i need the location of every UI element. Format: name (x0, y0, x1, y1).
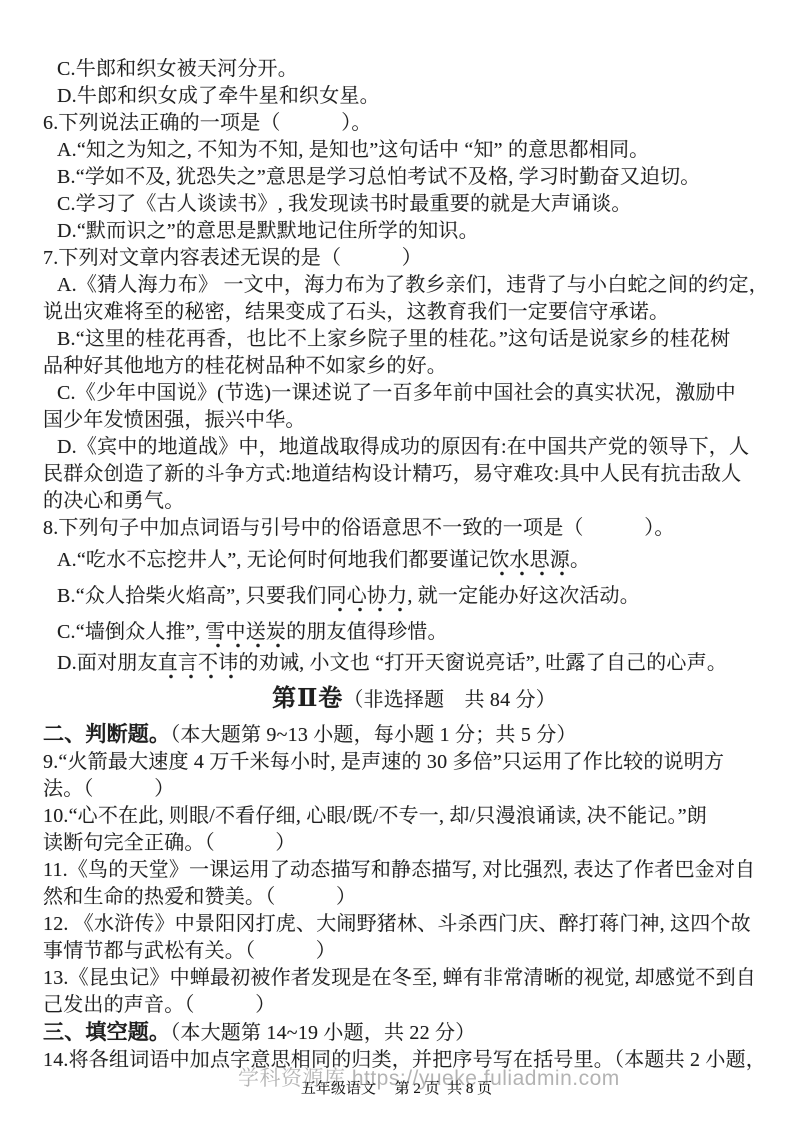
emphasized-text: 直言不讳 (158, 652, 239, 679)
text-line: D.面对朋友直言不讳的劝诫, 小文也 “打开天窗说亮话”, 吐露了自己的心声。 (43, 650, 785, 677)
text-segment: 读断句完全正确。（ ） (43, 832, 296, 854)
text-segment: 然和生命的热爱和赞美。（ ） (43, 886, 356, 908)
text-segment: 三、填空题。 (43, 1020, 170, 1044)
text-line: 法。（ ） (43, 776, 785, 803)
text-line: B.“众人拾柴火焰高”, 只要我们同心协力, 就一定能办好这次活动。 (43, 578, 785, 614)
text-line: 12. 《水浒传》中景阳冈打虎、大闹野猪林、斗杀西门庆、醉打蒋门神, 这四个故 (43, 911, 785, 938)
text-segment: A.“知之为知之, 不知为不知, 是知也”这句话中 “知” 的意思都相同。 (57, 139, 649, 161)
text-line: 13.《昆虫记》中蝉最初被作者发现是在冬至, 蝉有非常清晰的视觉, 却感觉不到自 (43, 965, 785, 992)
text-line: C.《少年中国说》(节选)一课述说了一百多年前中国社会的真实状况，激励中 (43, 380, 785, 407)
text-line: 然和生命的热爱和赞美。（ ） (43, 884, 785, 911)
text-line: 己发出的声音。（ ） (43, 992, 785, 1019)
text-segment: A.“吃水不忘挖井人”, 无论何时何地我们都要谨记 (57, 549, 489, 571)
text-segment: 11.《鸟的天堂》一课运用了动态描写和静态描写, 对比强烈, 表达了作者巴金对自 (43, 859, 755, 881)
text-segment: 的劝诫, 小文也 “打开天窗说亮话”, 吐露了自己的心声。 (238, 652, 727, 674)
text-line: 说出灾难将至的秘密，结果变成了石头，这教育我们一定要信守承诺。 (43, 299, 785, 326)
text-line: 民群众创造了新的斗争方式:地道结构设计精巧，易守难攻:具中人民有抗击敌人 (43, 461, 785, 488)
text-segment: D.“默而识之”的意思是默默地记住所学的知识。 (57, 220, 479, 242)
text-segment: D.牛郎和织女成了牵牛星和织女星。 (57, 85, 380, 107)
text-segment: C.学习了《古人谈读书》, 我发现读书时最重要的就是大声诵谈。 (57, 193, 632, 215)
text-segment: 9.“火箭最大速度 4 万千米每小时, 是声速的 30 多倍”只运用了作比较的说… (43, 751, 724, 773)
text-segment: C.牛郎和织女被天河分开。 (57, 58, 298, 80)
text-segment: 7.下列对文章内容表述无误的是（ ） (43, 247, 422, 269)
text-segment: C.“墙倒众人推”, (57, 621, 205, 643)
emphasized-text: 饮水思源 (489, 549, 570, 576)
text-line: B.“学如不及, 犹恐失之”意思是学习总怕考试不及格, 学习时勤奋又迫切。 (43, 164, 785, 191)
text-line: 国少年发愤困强，振兴中华。 (43, 407, 785, 434)
text-line: D.《宾中的地道战》中，地道战取得成功的原因有:在中国共产党的领导下，人 (43, 434, 785, 461)
text-segment: 二、判断题。 (43, 722, 170, 746)
page-footer: 五年级语文 第 2 页 共 8 页 (0, 1077, 793, 1098)
text-line: A.“知之为知之, 不知为不知, 是知也”这句话中 “知” 的意思都相同。 (43, 137, 785, 164)
text-segment: 事情节都与武松有关。（ ） (43, 940, 336, 962)
text-segment: C.《少年中国说》(节选)一课述说了一百多年前中国社会的真实状况，激励中 (57, 382, 736, 404)
text-segment: 的朋友值得珍惜。 (286, 621, 448, 643)
text-segment: 第Ⅱ卷 (272, 686, 343, 712)
text-line: 9.“火箭最大速度 4 万千米每小时, 是声速的 30 多倍”只运用了作比较的说… (43, 749, 785, 776)
text-line: 事情节都与武松有关。（ ） (43, 938, 785, 965)
text-line: 品种好其他地方的桂花树品种不如家乡的好。 (43, 353, 785, 380)
text-line: 第Ⅱ卷（非选择题 共 84 分） (43, 679, 785, 720)
text-line: A.“吃水不忘挖井人”, 无论何时何地我们都要谨记饮水思源。 (43, 542, 785, 578)
text-segment: 国少年发愤困强，振兴中华。 (43, 409, 306, 431)
text-segment: （本大题第 14~19 小题，共 22 分） (170, 1022, 475, 1044)
text-segment: （本大题第 9~13 小题，每小题 1 分；共 5 分） (170, 724, 576, 746)
text-segment: 品种好其他地方的桂花树品种不如家乡的好。 (43, 355, 447, 377)
text-line: 7.下列对文章内容表述无误的是（ ） (43, 245, 785, 272)
text-line: C.“墙倒众人推”, 雪中送炭的朋友值得珍惜。 (43, 614, 785, 650)
text-line: 三、填空题。（本大题第 14~19 小题，共 22 分） (43, 1019, 785, 1047)
text-segment: , 就一定能办好这次活动。 (407, 585, 640, 607)
text-segment: 10.“心不在此, 则眼/不看仔细, 心眼/既/不专一, 却/只漫浪诵读, 决不… (43, 805, 707, 827)
emphasized-text: 同心协力 (327, 585, 408, 612)
text-segment: D.《宾中的地道战》中，地道战取得成功的原因有:在中国共产党的领导下，人 (57, 436, 749, 458)
text-segment: B.“众人拾柴火焰高”, 只要我们 (57, 585, 327, 607)
text-segment: B.“学如不及, 犹恐失之”意思是学习总怕考试不及格, 学习时勤奋又迫切。 (57, 166, 701, 188)
text-segment: A.《猜人海力布》 一文中，海力布为了教乡亲们，违背了与小白蛇之间的约定， (57, 274, 769, 296)
text-segment: B.“这里的桂花再香，也比不上家乡院子里的桂花。”这句话是说家乡的桂花树 (57, 328, 730, 350)
text-segment: 说出灾难将至的秘密，结果变成了石头，这教育我们一定要信守承诺。 (43, 301, 669, 323)
text-segment: 6.下列说法正确的一项是（ ）。 (43, 112, 372, 134)
text-segment: D.面对朋友 (57, 652, 158, 674)
exam-paper-body: C.牛郎和织女被天河分开。D.牛郎和织女成了牵牛星和织女星。6.下列说法正确的一… (43, 56, 785, 1074)
text-segment: 法。（ ） (43, 778, 174, 800)
text-segment: 民群众创造了新的斗争方式:地道结构设计精巧，易守难攻:具中人民有抗击敌人 (43, 463, 741, 485)
text-line: 6.下列说法正确的一项是（ ）。 (43, 110, 785, 137)
text-segment: 13.《昆虫记》中蝉最初被作者发现是在冬至, 蝉有非常清晰的视觉, 却感觉不到自 (43, 967, 756, 989)
text-line: D.“默而识之”的意思是默默地记住所学的知识。 (43, 218, 785, 245)
text-segment: 8.下列句子中加点词语与引号中的俗语意思不一致的一项是（ ）。 (43, 517, 675, 539)
text-segment: 。 (570, 549, 590, 571)
text-line: 11.《鸟的天堂》一课运用了动态描写和静态描写, 对比强烈, 表达了作者巴金对自 (43, 857, 785, 884)
emphasized-text: 雪中送炭 (205, 621, 286, 648)
text-line: 二、判断题。（本大题第 9~13 小题，每小题 1 分；共 5 分） (43, 721, 785, 749)
text-segment: 的决心和勇气。 (43, 490, 184, 512)
text-line: B.“这里的桂花再香，也比不上家乡院子里的桂花。”这句话是说家乡的桂花树 (43, 326, 785, 353)
text-line: C.学习了《古人谈读书》, 我发现读书时最重要的就是大声诵谈。 (43, 191, 785, 218)
text-line: C.牛郎和织女被天河分开。 (43, 56, 785, 83)
text-segment: 12. 《水浒传》中景阳冈打虎、大闹野猪林、斗杀西门庆、醉打蒋门神, 这四个故 (43, 913, 751, 935)
text-line: D.牛郎和织女成了牵牛星和织女星。 (43, 83, 785, 110)
text-line: A.《猜人海力布》 一文中，海力布为了教乡亲们，违背了与小白蛇之间的约定， (43, 272, 785, 299)
text-line: 的决心和勇气。 (43, 488, 785, 515)
text-segment: 己发出的声音。（ ） (43, 994, 275, 1016)
text-line: 8.下列句子中加点词语与引号中的俗语意思不一致的一项是（ ）。 (43, 515, 785, 542)
text-line: 10.“心不在此, 则眼/不看仔细, 心眼/既/不专一, 却/只漫浪诵读, 决不… (43, 803, 785, 830)
text-segment: （非选择题 共 84 分） (343, 689, 556, 711)
text-line: 读断句完全正确。（ ） (43, 830, 785, 857)
